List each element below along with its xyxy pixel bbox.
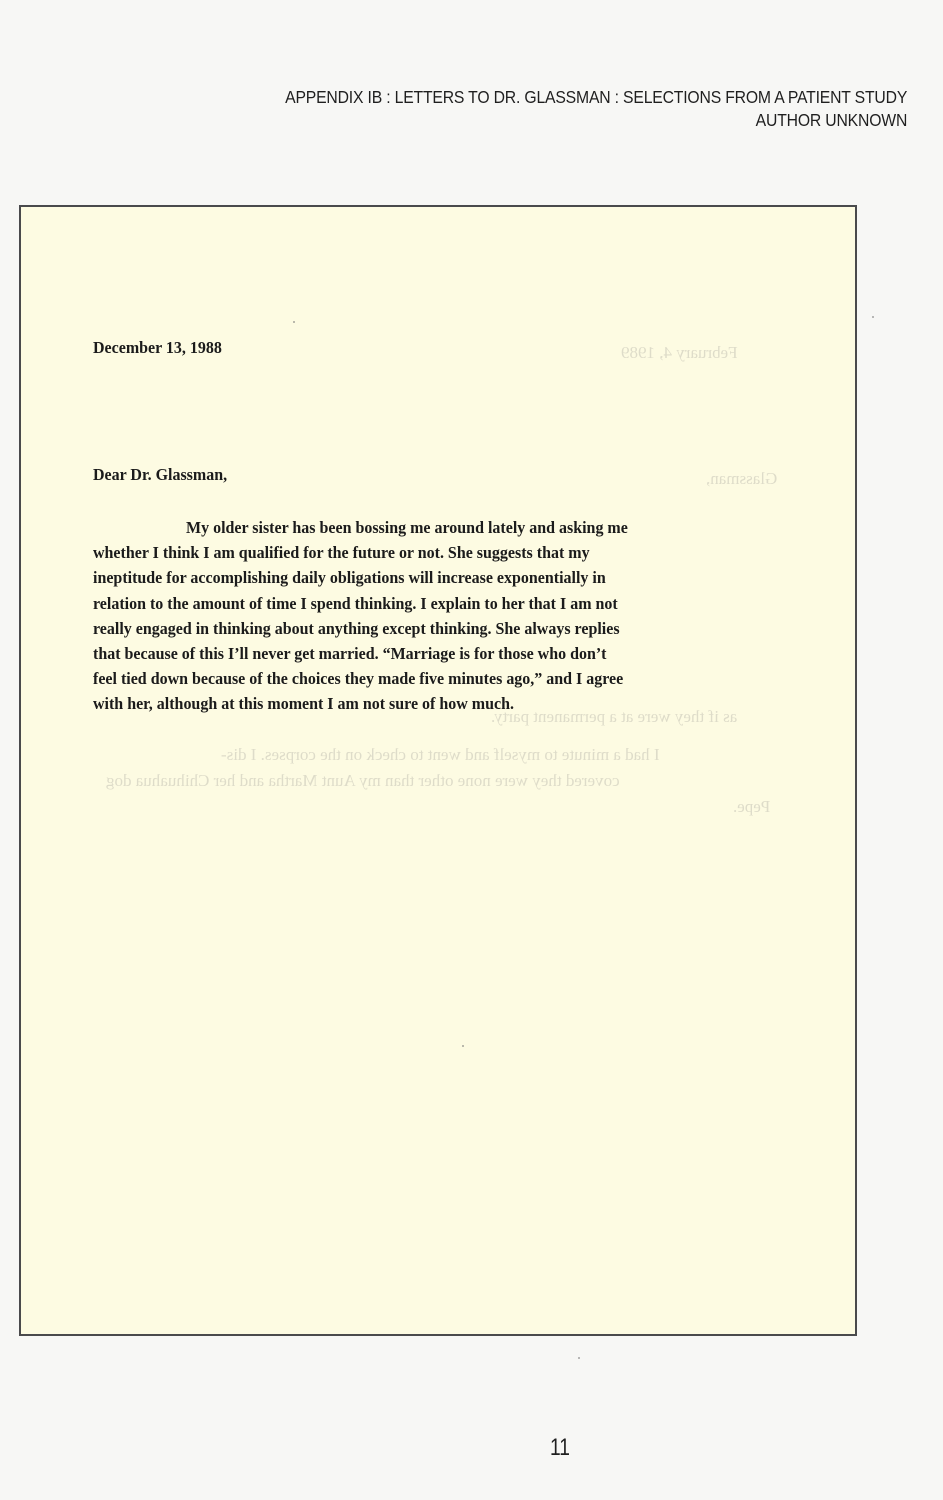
letter-body-line: feel tied down because of the choices th… — [93, 666, 781, 691]
letter-panel: February 4, 1989 Glassman, as if they we… — [19, 205, 857, 1336]
letter-salutation: Dear Dr. Glassman, — [93, 465, 227, 485]
bleed-through-text: February 4, 1989 Glassman, as if they we… — [21, 207, 855, 1334]
letter-body-line: My older sister has been bossing me arou… — [93, 515, 781, 540]
bleed-line: I had a minute to myself and went to che… — [221, 745, 660, 765]
author-line: AUTHOR UNKNOWN — [285, 109, 907, 132]
letter-body-line: that because of this I’ll never get marr… — [93, 641, 781, 666]
bleed-salutation: Glassman, — [706, 469, 777, 489]
bleed-line: Pepe. — [733, 797, 770, 817]
paper-speck — [872, 316, 874, 318]
letter-body-line: relation to the amount of time I spend t… — [93, 591, 781, 616]
page-number: 11 — [550, 1434, 570, 1462]
bleed-line: covered they were none other than my Aun… — [106, 771, 620, 791]
paper-speck — [462, 1045, 464, 1047]
paper-speck — [293, 321, 295, 323]
letter-body-line: really engaged in thinking about anythin… — [93, 616, 781, 641]
letter-body-line: ineptitude for accomplishing daily oblig… — [93, 565, 781, 590]
paper-speck — [578, 1357, 580, 1359]
appendix-title: APPENDIX IB : LETTERS TO DR. GLASSMAN : … — [285, 86, 907, 109]
letter-body-line: with her, although at this moment I am n… — [93, 691, 781, 716]
running-header: APPENDIX IB : LETTERS TO DR. GLASSMAN : … — [285, 86, 907, 132]
letter-body: My older sister has been bossing me arou… — [93, 515, 781, 717]
letter-date: December 13, 1988 — [93, 338, 222, 358]
bleed-date: February 4, 1989 — [621, 343, 738, 363]
letter-body-line: whether I think I am qualified for the f… — [93, 540, 781, 565]
